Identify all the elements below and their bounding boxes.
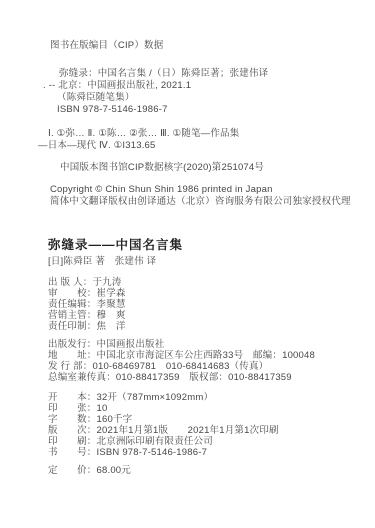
print-specs-section: 开 本：32开（787mm×1092mm） 印 张：10 字 数：160千字 版… <box>48 392 357 458</box>
cip-heading: 图书在版编目（CIP）数据 <box>50 40 357 52</box>
field-label: 营销主管： <box>48 310 97 321</box>
spec-line-word-count: 字 数：160千字 <box>48 414 357 425</box>
field-value: 崔学森 <box>97 288 126 299</box>
field-label: 出版发行： <box>48 339 97 350</box>
publisher-line-office-fax: 总编室兼传真：010-88417359 版权部：010-88417359 <box>48 372 357 383</box>
field-label: 开 本： <box>48 392 97 403</box>
field-value: ISBN 978-7-5146-1986-7 <box>97 447 208 458</box>
spec-line-edition: 版 次：2021年1月第1版 2021年1月第1次印刷 <box>48 425 357 436</box>
copyright-line-en: Copyright © Chin Shun Shin 1986 printed … <box>50 184 357 196</box>
field-label: 出 版 人： <box>48 277 92 288</box>
field-value: 2021年1月第1版 2021年1月第1次印刷 <box>97 425 279 436</box>
field-label: 发 行 部： <box>48 361 92 372</box>
cip-isbn-line: ISBN 978-7-5146-1986-7 <box>57 104 357 116</box>
field-value: 焦 洋 <box>97 321 126 332</box>
price-line: 定 价：68.00元 <box>48 465 357 476</box>
cip-registry-number: 中国版本图书馆CIP数据核字(2020)第251074号 <box>60 162 357 174</box>
cip-class-line: Ⅰ. ①弥… Ⅱ. ①陈… ②张… Ⅲ. ①随笔—作品集 <box>48 128 357 140</box>
staff-section: 出 版 人：于九涛 审 校：崔学森 责任编辑：李聚慧 营销主管：穆 爽 责任印制… <box>48 277 357 332</box>
field-value: 010-68469781 010-68414683（传真） <box>92 361 268 372</box>
staff-line-publisher-person: 出 版 人：于九涛 <box>48 277 357 288</box>
field-label: 定 价： <box>48 465 97 476</box>
field-label: 审 校： <box>48 288 97 299</box>
staff-line-marketing: 营销主管：穆 爽 <box>48 310 357 321</box>
field-label: 印 张： <box>48 403 97 414</box>
cip-record-line: 弥缝录：中国名言集 /（日）陈舜臣著；张建伟译 <box>59 68 357 80</box>
title-block: 弥缝录——中国名言集 [日]陈舜臣 著 张建伟 译 <box>48 237 357 268</box>
cip-record: 弥缝录：中国名言集 /（日）陈舜臣著；张建伟译 . -- 北京：中国画报出版社,… <box>38 68 357 116</box>
book-byline: [日]陈舜臣 著 张建伟 译 <box>48 256 357 268</box>
publisher-line-distribution: 发 行 部：010-68469781 010-68414683（传真） <box>48 361 357 372</box>
staff-line-editor: 责任编辑：李聚慧 <box>48 299 357 310</box>
cip-record-line: . -- 北京：中国画报出版社, 2021.1 <box>43 80 357 92</box>
field-label: 责任编辑： <box>48 299 97 310</box>
publisher-line-address: 地 址：中国北京市海淀区车公庄西路33号 邮编：100048 <box>48 350 357 361</box>
copyright-section: Copyright © Chin Shun Shin 1986 printed … <box>50 184 357 208</box>
field-value: 中国画报出版社 <box>97 339 165 350</box>
field-label: 责任印制： <box>48 321 97 332</box>
field-label: 版 次： <box>48 425 97 436</box>
publisher-section: 出版发行：中国画报出版社 地 址：中国北京市海淀区车公庄西路33号 邮编：100… <box>48 339 357 383</box>
publisher-line-name: 出版发行：中国画报出版社 <box>48 339 357 350</box>
field-value: 010-88417359 版权部：010-88417359 <box>116 372 292 383</box>
cip-class-line: —日本—现代 Ⅳ. ①I313.65 <box>38 140 357 152</box>
spec-line-printer: 印 刷：北京洲际印刷有限责任公司 <box>48 436 357 447</box>
field-label: 地 址： <box>48 350 97 361</box>
field-value: 于九涛 <box>92 277 121 288</box>
price-section: 定 价：68.00元 <box>48 465 357 476</box>
spec-line-sheets: 印 张：10 <box>48 403 357 414</box>
field-value: 北京洲际印刷有限责任公司 <box>97 436 213 447</box>
spec-line-isbn: 书 号：ISBN 978-7-5146-1986-7 <box>48 447 357 458</box>
field-value: 李聚慧 <box>97 299 126 310</box>
cip-classification: Ⅰ. ①弥… Ⅱ. ①陈… ②张… Ⅲ. ①随笔—作品集 —日本—现代 Ⅳ. ①… <box>38 128 357 152</box>
field-label: 总编室兼传真： <box>48 372 116 383</box>
copyright-line-zh: 简体中文翻译版权由创译通达（北京）咨询服务有限公司独家授权代理 <box>50 196 357 208</box>
cip-section: 图书在版编目（CIP）数据 弥缝录：中国名言集 /（日）陈舜臣著；张建伟译 . … <box>38 40 357 174</box>
staff-line-print-supervisor: 责任印制：焦 洋 <box>48 321 357 332</box>
book-copyright-page: 图书在版编目（CIP）数据 弥缝录：中国名言集 /（日）陈舜臣著；张建伟译 . … <box>0 0 375 528</box>
field-value: 中国北京市海淀区车公庄西路33号 邮编：100048 <box>97 350 315 361</box>
book-title: 弥缝录——中国名言集 <box>48 237 357 253</box>
staff-line-proofreader: 审 校：崔学森 <box>48 288 357 299</box>
field-label: 印 刷： <box>48 436 97 447</box>
cip-series-line: （陈舜臣随笔集） <box>57 92 357 104</box>
spec-line-format: 开 本：32开（787mm×1092mm） <box>48 392 357 403</box>
field-value: 穆 爽 <box>97 310 126 321</box>
field-value: 68.00元 <box>97 465 131 476</box>
field-value: 160千字 <box>97 414 133 425</box>
field-value: 32开（787mm×1092mm） <box>97 392 214 403</box>
field-label: 书 号： <box>48 447 97 458</box>
field-label: 字 数： <box>48 414 97 425</box>
field-value: 10 <box>97 403 108 414</box>
